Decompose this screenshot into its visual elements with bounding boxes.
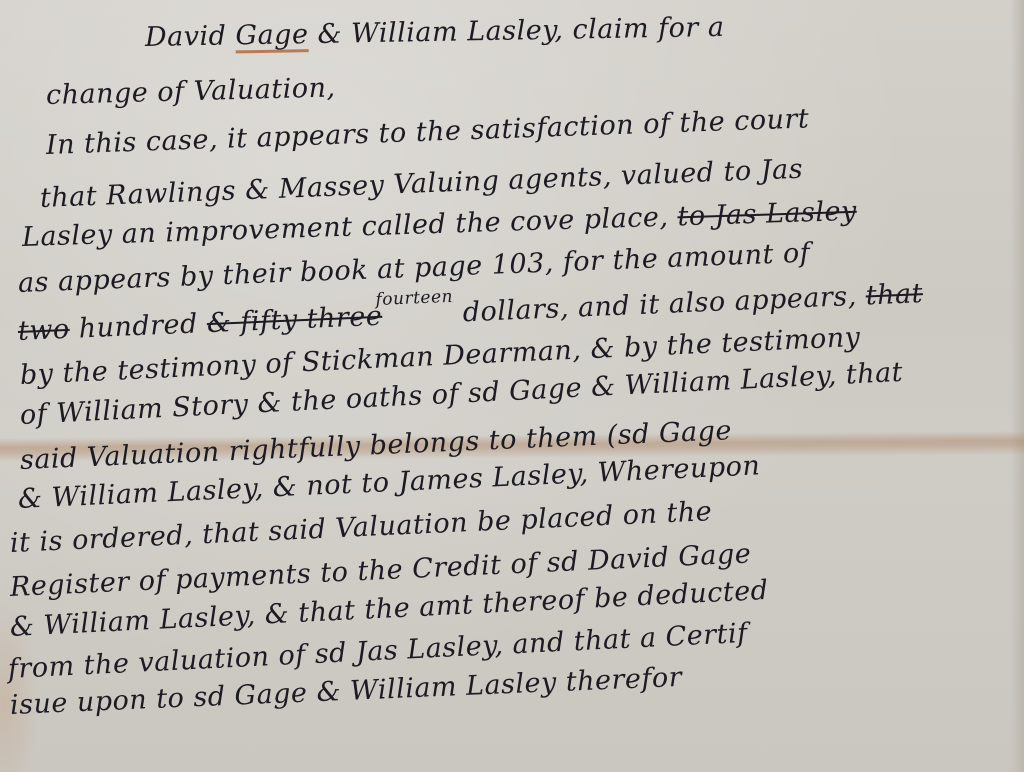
struck-text: & fifty three [206,301,383,339]
line-text: David [145,20,236,53]
line-text: In this case, it appears to the satisfac… [45,103,809,161]
manuscript-line-1: David Gage & William Lasley, claim for a [145,12,725,53]
manuscript-line-2: change of Valuation, [46,72,336,111]
manuscript-page: David Gage & William Lasley, claim for a… [0,0,1024,772]
line-text: hundred [69,308,207,345]
manuscript-line-3: In this case, it appears to the satisfac… [45,103,809,161]
struck-text: two [17,314,70,347]
struck-text: to Jas Lasley [677,196,857,233]
paper-edge [1010,0,1024,772]
line-text: change of Valuation, [46,72,336,111]
underlined-name: Gage [235,19,308,51]
line-text: & William Lasley, claim for a [308,12,725,50]
inserted-text: fourteen [375,287,453,310]
line-text: dollars, and it also appears, [453,280,866,328]
struck-text: that [865,278,923,311]
